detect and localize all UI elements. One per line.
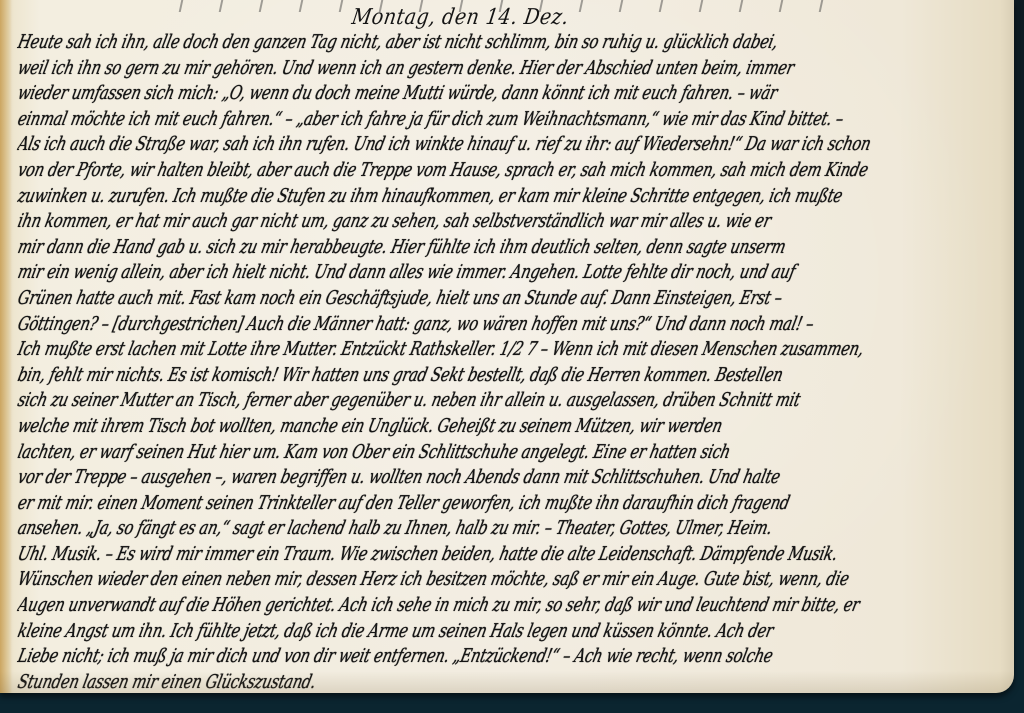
document-photo: Montag, den 14. Dez. Heute sah ich ihn, … <box>0 0 1024 713</box>
handwritten-body: Heute sah ich ihn, alle doch den ganzen … <box>18 30 1003 695</box>
diary-page: Montag, den 14. Dez. Heute sah ich ihn, … <box>0 0 1014 693</box>
text-line-26: Stunden lassen mir einen Glückszustand. <box>14 667 977 699</box>
bleed-through-marks <box>180 0 1000 14</box>
